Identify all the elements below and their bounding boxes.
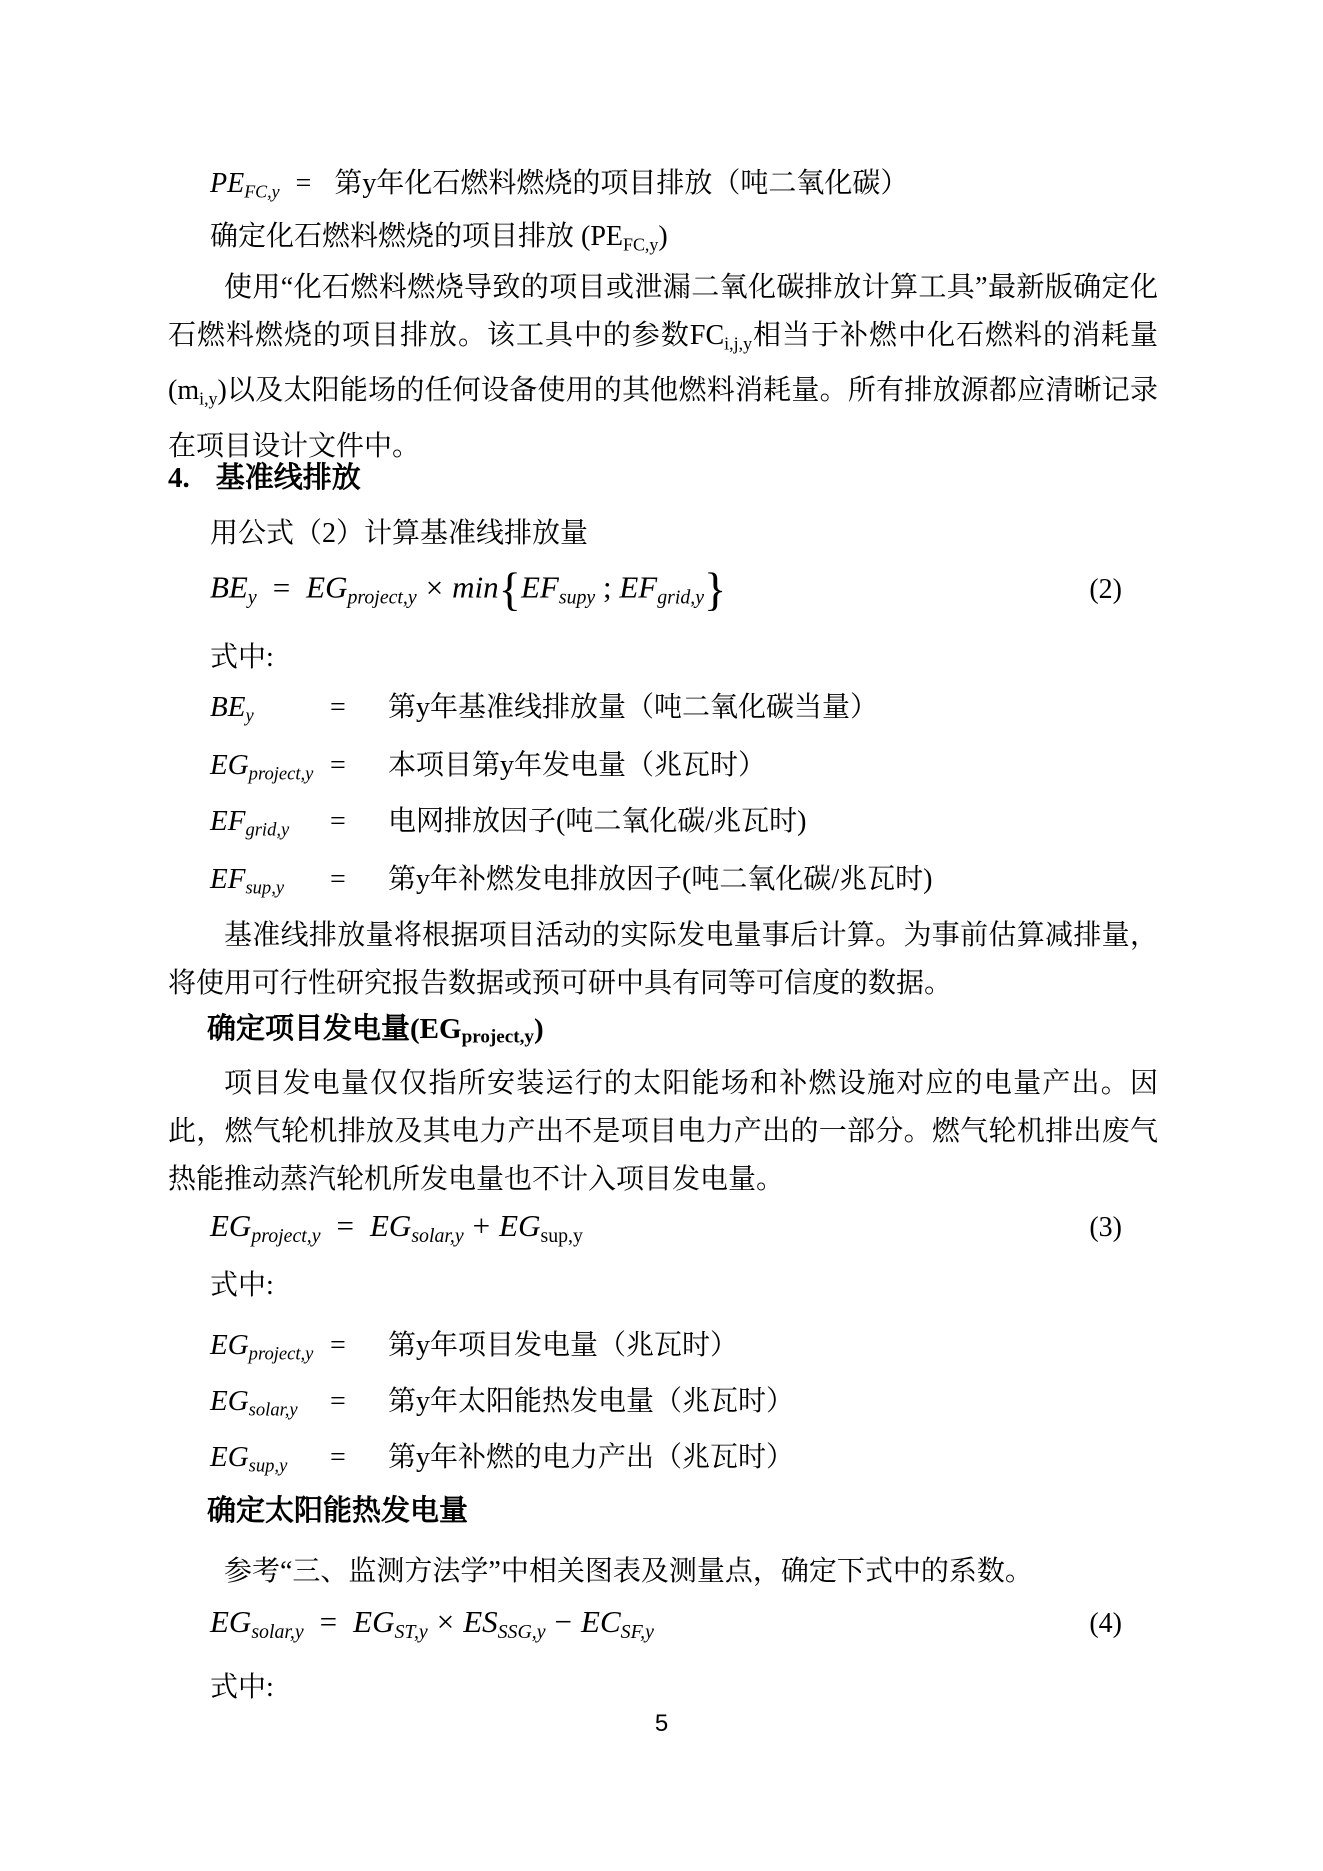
text-token: FC,y — [623, 234, 658, 254]
formula-4-number: (4) — [1089, 1608, 1122, 1640]
definition-row-egsolary: EGsolar,y = 第y年太阳能热发电量（兆瓦时） — [210, 1380, 794, 1432]
page-number: 5 — [0, 1710, 1323, 1738]
section-4-title: 基准线排放 — [216, 462, 361, 494]
text-token: sup,y — [540, 1225, 582, 1247]
definition-description: 第y年项目发电量（兆瓦时） — [388, 1325, 738, 1367]
text-token: ) — [658, 221, 667, 252]
text-token: FC,y — [244, 181, 279, 201]
text-token: 第y年化石燃料燃烧的项目排放（吨二氧化碳） — [327, 168, 908, 199]
text-token: solar,y — [411, 1225, 463, 1247]
text-token: EG — [210, 749, 249, 781]
text-token: y — [245, 706, 253, 727]
text-token: EG — [370, 1208, 411, 1243]
definition-row-egsupy: EGsup,y = 第y年补燃的电力产出（兆瓦时） — [210, 1436, 794, 1488]
text-token: − — [555, 1604, 572, 1639]
definition-description: 本项目第y年发电量（兆瓦时） — [388, 745, 766, 787]
text-token: solar,y — [249, 1400, 298, 1421]
text-token: y — [248, 587, 257, 609]
definition-description: 第y年基准线排放量（吨二氧化碳当量） — [388, 687, 878, 729]
definition-row-efsupy: EFsup,y = 第y年补燃发电排放因子(吨二氧化碳/兆瓦时) — [210, 858, 932, 910]
text-token: EF — [619, 570, 657, 605]
text-token: ES — [463, 1604, 497, 1639]
definition-symbol: EGproject,y — [210, 744, 330, 796]
text-token: grid,y — [245, 820, 289, 841]
definition-description: 电网排放因子(吨二氧化碳/兆瓦时) — [388, 801, 806, 843]
text-token: + — [473, 1208, 490, 1243]
text-token: EF — [210, 805, 245, 837]
where-label-formula-2: 式中: — [210, 636, 274, 680]
text-token: EG — [210, 1329, 249, 1361]
text-token: min — [452, 570, 499, 605]
where-label-formula-4: 式中: — [210, 1666, 274, 1710]
formula-4-row: EGsolar,y=EGST,y×ESSSG,y−ECSF,y (4) — [210, 1604, 1122, 1644]
text-token: EC — [581, 1604, 621, 1639]
definition-row-efgridy: EFgrid,y = 电网排放因子(吨二氧化碳/兆瓦时) — [210, 800, 806, 852]
text-token: EG — [210, 1604, 251, 1639]
document-page: PEFC,y= 第y年化石燃料燃烧的项目排放（吨二氧化碳） 确定化石燃料燃烧的项… — [0, 0, 1323, 1871]
definition-equals: = — [330, 801, 388, 843]
section-4-heading: 4.基准线排放 — [168, 458, 361, 498]
definition-equals: = — [330, 745, 388, 787]
definition-row-egprojecty-2: EGproject,y = 第y年项目发电量（兆瓦时） — [210, 1324, 738, 1376]
text-token: BE — [210, 570, 248, 605]
formula-3-number: (3) — [1089, 1212, 1122, 1244]
text-token: EG — [353, 1604, 394, 1639]
definition-symbol: BEy — [210, 686, 330, 738]
text-token: sup,y — [249, 1456, 288, 1477]
text-token: grid,y — [657, 587, 704, 609]
definition-equals: = — [330, 1437, 388, 1479]
text-token: × — [426, 570, 443, 605]
definition-equals: = — [330, 1325, 388, 1367]
definition-symbol: EGproject,y — [210, 1324, 330, 1376]
text-token: EG — [210, 1208, 251, 1243]
definition-description: 第y年补燃发电排放因子(吨二氧化碳/兆瓦时) — [388, 859, 932, 901]
text-token: supy — [559, 587, 595, 609]
definition-row-bey: BEy = 第y年基准线排放量（吨二氧化碳当量） — [210, 686, 878, 738]
text-token: project,y — [249, 764, 314, 785]
paragraph-baseline-expost: 基准线排放量将根据项目活动的实际发电量事后计算。为事前估算减排量，将使用可行性研… — [168, 912, 1158, 1008]
text-token: } — [704, 565, 726, 616]
text-token: ; — [595, 570, 619, 605]
text-token: { — [499, 565, 521, 616]
definition-equals: = — [330, 687, 388, 729]
paragraph-fossil-fuel-tool: 使用“化石燃料燃烧导致的项目或泄漏二氧化碳排放计算工具”最新版确定化石燃料燃烧的… — [168, 264, 1158, 471]
text-token: = — [296, 168, 312, 199]
text-token: SSG,y — [498, 1621, 546, 1643]
text-token: EF — [521, 570, 559, 605]
formula-3-row: EGproject,y=EGsolar,y+EGsup,y (3) — [210, 1208, 1122, 1248]
text-token: EG — [210, 1385, 249, 1417]
text-token: BE — [210, 691, 245, 723]
definition-description: 第y年太阳能热发电量（兆瓦时） — [388, 1381, 794, 1423]
param-definition-pefc: PEFC,y= 第y年化石燃料燃烧的项目排放（吨二氧化碳） — [210, 162, 908, 213]
definition-symbol: EGsolar,y — [210, 1380, 330, 1432]
text-token: = — [320, 1604, 337, 1639]
text-token: project,y — [348, 587, 417, 609]
text-token: sup,y — [245, 878, 284, 899]
where-label-formula-3: 式中: — [210, 1264, 274, 1308]
text-token: × — [437, 1604, 454, 1639]
paragraph-monitoring-reference: 参考“三、监测方法学”中相关图表及测量点，确定下式中的系数。 — [168, 1548, 1158, 1596]
subheading-determine-solar-generation: 确定太阳能热发电量 — [207, 1490, 468, 1532]
formula-2-expression: BEy=EGproject,y×min{EFsupy ; EFgrid,y} — [210, 564, 726, 617]
formula-3-expression: EGproject,y=EGsolar,y+EGsup,y — [210, 1208, 583, 1248]
text-token: project,y — [249, 1344, 314, 1365]
formula-2-number: (2) — [1089, 574, 1122, 606]
definition-equals: = — [330, 1381, 388, 1423]
text-token: )以及太阳能场的任何设备使用的其他燃料消耗量。所有排放源都应清晰记录在项目设计文… — [168, 375, 1158, 461]
definition-symbol: EGsup,y — [210, 1436, 330, 1488]
definition-equals: = — [330, 859, 388, 901]
text-token: ) — [534, 1013, 544, 1045]
line-use-formula-2: 用公式（2）计算基准线排放量 — [210, 512, 588, 556]
definition-symbol: EFgrid,y — [210, 800, 330, 852]
text-token: 确定化石燃料燃烧的项目排放 (PE — [210, 221, 623, 252]
text-token: SF,y — [621, 1621, 654, 1643]
text-token: EG — [306, 570, 347, 605]
definition-row-egprojecty: EGproject,y = 本项目第y年发电量（兆瓦时） — [210, 744, 766, 796]
definition-description: 第y年补燃的电力产出（兆瓦时） — [388, 1437, 794, 1479]
text-token: i,y — [199, 389, 217, 409]
text-token: EG — [499, 1208, 540, 1243]
text-token: ST,y — [394, 1621, 427, 1643]
text-token: EF — [210, 863, 245, 895]
text-token: EG — [210, 1441, 249, 1473]
section-4-number: 4. — [168, 462, 190, 494]
text-token: PE — [210, 168, 244, 199]
text-token: = — [337, 1208, 354, 1243]
paragraph-project-generation: 项目发电量仅仅指所安装运行的太阳能场和补燃设施对应的电量产出。因此，燃气轮机排放… — [168, 1060, 1158, 1204]
formula-4-expression: EGsolar,y=EGST,y×ESSSG,y−ECSF,y — [210, 1604, 654, 1644]
definition-symbol: EFsup,y — [210, 858, 330, 910]
text-token: project,y — [462, 1027, 534, 1048]
text-token: project,y — [251, 1225, 320, 1247]
text-token: solar,y — [251, 1621, 303, 1643]
text-token: = — [273, 570, 290, 605]
subheading-determine-pefc: 确定化石燃料燃烧的项目排放 (PEFC,y) — [210, 215, 668, 266]
text-token: 确定项目发电量(EG — [207, 1013, 462, 1045]
text-token: i,j,y — [724, 333, 752, 353]
subheading-determine-eg-project: 确定项目发电量(EGproject,y) — [207, 1008, 544, 1059]
formula-2-row: BEy=EGproject,y×min{EFsupy ; EFgrid,y} (… — [210, 564, 1122, 617]
